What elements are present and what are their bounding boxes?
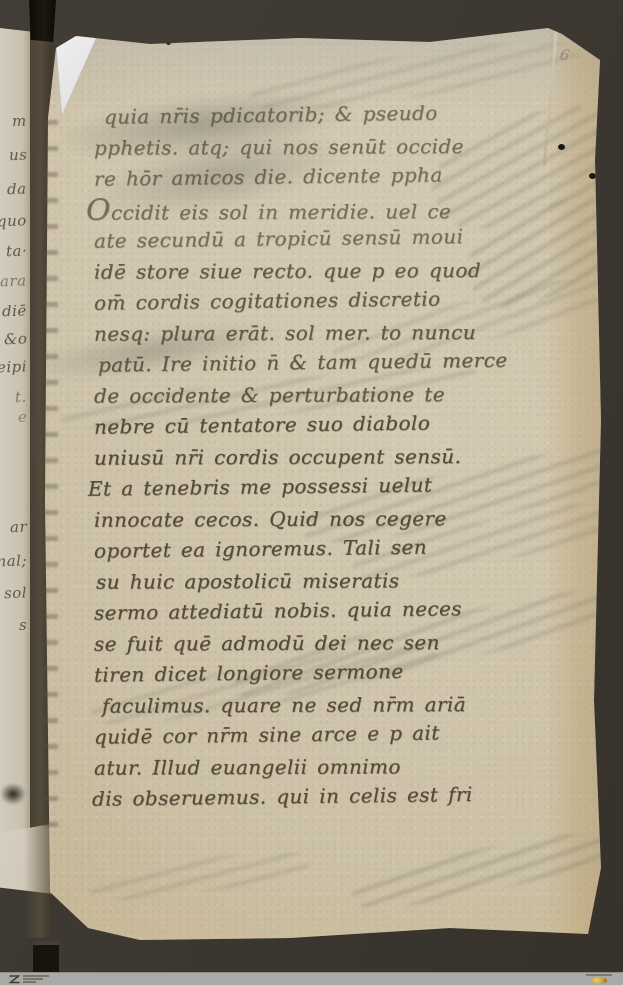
library-z-mark-logo-icon: [9, 975, 49, 984]
text-line: quia nr̄is pdicatorib; & pseudo: [104, 97, 552, 132]
bookmark-ribbon-bottom: [33, 941, 59, 973]
text-line: nebre cū tentatore suo diabolo: [94, 407, 552, 442]
text-line: atur. Illud euangelii omnimo: [94, 752, 552, 784]
text-line: tiren dicet longiore sermone: [94, 655, 552, 690]
text-line: nesq: plura erāt. sol mer. to nuncu: [94, 318, 552, 350]
text-line: Occidit eis sol in meridie. uel ce: [86, 194, 552, 226]
text-line: se fuit quē admodū dei nec sen: [94, 628, 552, 660]
text-line: om̄ cordis cogitationes discretio: [94, 283, 552, 318]
gold-oval-funding-seal-icon: [578, 973, 620, 985]
text-line: idē store siue recto. que p eo quod: [94, 256, 552, 288]
text-line: sermo attediatū nobis. quia neces: [94, 593, 552, 628]
z-mark-icon: [9, 975, 20, 984]
text-line: ate secundū a tropicū sensū moui: [94, 221, 552, 256]
text-line: su huic apostolicū miseratis: [96, 566, 552, 598]
wormhole: [589, 173, 596, 179]
digitization-footer-bar: [0, 972, 623, 985]
bookmark-ribbon-top: [29, 0, 56, 42]
text-line: quidē cor nr̄m sine arce e p ait: [94, 717, 552, 752]
text-line: dis obseruemus. qui in celis est fri: [92, 779, 552, 814]
gold-oval-icon: [591, 977, 607, 984]
text-line: patū. Ire initio n̄ & tam quedū merce: [98, 345, 552, 380]
text-line: de occidente & perturbatione te: [94, 380, 552, 412]
text-line: re hōr amicos die. dicente ppha: [94, 159, 552, 194]
manuscript-page: 6 quia nr̄is pdicatorib; & pseudo ppheti…: [44, 26, 604, 944]
text-line: innocate cecos. Quid nos cegere: [94, 504, 552, 536]
manuscript-text-block: quia nr̄is pdicatorib; & pseudo pphetis.…: [94, 102, 552, 815]
text-line: uniusū nr̄i cordis occupent sensū.: [94, 442, 552, 474]
binding-stitch-marks: [44, 120, 58, 840]
text-line: pphetis. atq; qui nos senūt occide: [94, 132, 552, 164]
wormhole: [166, 40, 171, 45]
ink-blot: [0, 783, 26, 805]
seal-caption-top: [586, 974, 612, 976]
watermark-caption-lines: [23, 975, 49, 984]
text-line: oportet ea ignoremus. Tali sen: [94, 531, 552, 566]
text-line: faculimus. quare ne sed nr̄m ariā: [102, 690, 552, 722]
wormhole: [558, 144, 565, 150]
text-line: Et a tenebris me possessi uelut: [88, 469, 552, 504]
